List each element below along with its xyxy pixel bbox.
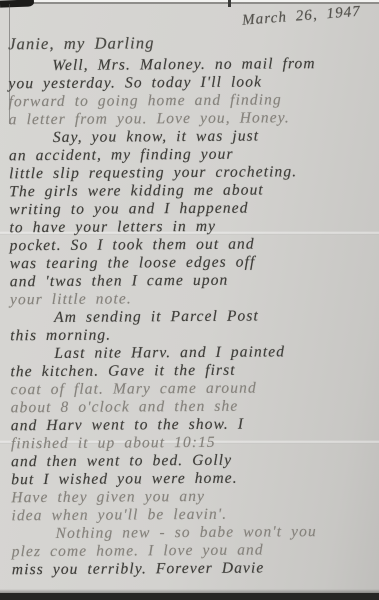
letter-line: Well, Mrs. Maloney. no mail from — [8, 55, 369, 76]
letter-content: March 26, 1947 Janie, my Darling Well, M… — [0, 0, 379, 600]
letter-line: miss you terribly. Forever Davie — [12, 559, 373, 580]
letter-body: Well, Mrs. Maloney. no mail fromyou yest… — [8, 55, 373, 580]
letter-greeting: Janie, my Darling — [8, 32, 369, 58]
scan-bottom-edge — [0, 593, 379, 600]
letter-date: March 26, 1947 — [241, 4, 361, 30]
letter-page: March 26, 1947 Janie, my Darling Well, M… — [0, 0, 379, 600]
